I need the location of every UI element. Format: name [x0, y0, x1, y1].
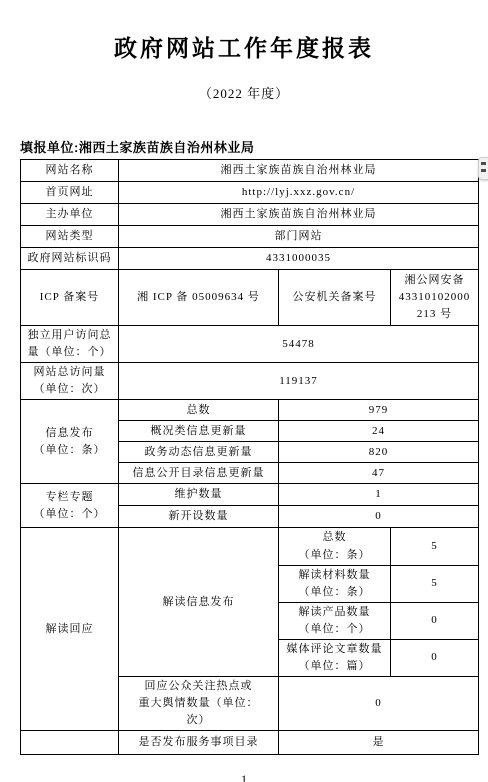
- special-columns-row-label-cell: 新开设数量: [119, 506, 279, 528]
- interpretation-row-value-cell: 5: [391, 565, 479, 602]
- floating-panel-toggle-button[interactable]: [478, 157, 488, 180]
- table-row: 解读回应 解读信息发布 总数 （单位：条） 5: [21, 528, 479, 565]
- service-directory-label-cell: 是否发布服务事项目录: [119, 731, 279, 755]
- table-row: 网站类型 部门网站: [21, 226, 479, 248]
- special-columns-group-cell: 专栏专题 （单位：个）: [21, 484, 119, 528]
- interpretation-row-label-cell: 解读产品数量 （单位：个）: [279, 602, 391, 639]
- empty-cell: [21, 731, 119, 755]
- table-row: 独立用户访问总 量（单位：个） 54478: [21, 326, 479, 363]
- interpretation-row-label-cell: 解读材料数量 （单位：条）: [279, 565, 391, 602]
- info-release-row-value-cell: 979: [279, 400, 479, 421]
- police-filing-label-cell: 公安机关备案号: [279, 270, 391, 326]
- site-type-value-cell: 部门网站: [119, 226, 479, 248]
- site-type-label-cell: 网站类型: [21, 226, 119, 248]
- unique-visitors-label-cell: 独立用户访问总 量（单位：个）: [21, 326, 119, 363]
- special-columns-row-value-cell: 0: [279, 506, 479, 528]
- interpretation-row-value-cell: 0: [391, 602, 479, 639]
- page-number: 1: [0, 772, 488, 782]
- dash-icon: [481, 162, 486, 165]
- site-name-value-cell: 湘西土家族苗族自治州林业局: [119, 160, 479, 182]
- table-row: 首页网址 http://lyj.xxz.gov.cn/: [21, 182, 479, 204]
- sponsor-label-cell: 主办单位: [21, 204, 119, 226]
- total-visits-label-cell: 网站总访问量 （单位：次）: [21, 363, 119, 400]
- interpretation-row-value-cell: 0: [391, 639, 479, 676]
- table-row: ICP 备案号 湘 ICP 备 05009634 号 公安机关备案号 湘公网安备…: [21, 270, 479, 326]
- table-row: 主办单位 湘西土家族苗族自治州林业局: [21, 204, 479, 226]
- interpretation-row-label-cell: 总数 （单位：条）: [279, 528, 391, 565]
- table-row: 是否发布服务事项目录 是: [21, 731, 479, 755]
- service-directory-value-cell: 是: [279, 731, 479, 755]
- interpretation-row-value-cell: 5: [391, 528, 479, 565]
- interpretation-group-cell: 解读回应: [21, 528, 119, 731]
- interpretation-release-cell: 解读信息发布: [119, 528, 279, 676]
- hotspot-value-cell: 0: [279, 676, 479, 730]
- report-unit: 填报单位:湘西土家族苗族自治州林业局: [20, 137, 488, 156]
- page-title: 政府网站工作年度报表: [0, 37, 488, 60]
- site-code-label-cell: 政府网站标识码: [21, 248, 119, 270]
- police-filing-value-cell: 湘公网安备 43310102000 213 号: [391, 270, 479, 326]
- page-subtitle: （2022 年度）: [0, 87, 488, 101]
- total-visits-value-cell: 119137: [119, 363, 479, 400]
- site-name-label-cell: 网站名称: [21, 160, 119, 182]
- table-row: 专栏专题 （单位：个） 维护数量 1: [21, 484, 479, 506]
- info-release-row-label-cell: 概况类信息更新量: [119, 421, 279, 442]
- info-release-row-label-cell: 总数: [119, 400, 279, 421]
- info-release-group-cell: 信息发布 （单位：条）: [21, 400, 119, 484]
- info-release-row-value-cell: 24: [279, 421, 479, 442]
- table-row: 政府网站标识码 4331000035: [21, 248, 479, 270]
- table-row: 信息发布 （单位：条） 总数 979: [21, 400, 479, 421]
- report-table: 网站名称 湘西土家族苗族自治州林业局 首页网址 http://lyj.xxz.g…: [20, 159, 479, 755]
- info-release-row-label-cell: 政务动态信息更新量: [119, 442, 279, 463]
- table-row: 网站总访问量 （单位：次） 119137: [21, 363, 479, 400]
- interpretation-row-label-cell: 媒体评论文章数量 （单位：篇）: [279, 639, 391, 676]
- site-code-value-cell: 4331000035: [119, 248, 479, 270]
- home-url-label-cell: 首页网址: [21, 182, 119, 204]
- special-columns-row-label-cell: 维护数量: [119, 484, 279, 506]
- icp-value-cell: 湘 ICP 备 05009634 号: [119, 270, 279, 326]
- special-columns-row-value-cell: 1: [279, 484, 479, 506]
- info-release-row-value-cell: 820: [279, 442, 479, 463]
- icp-label-cell: ICP 备案号: [21, 270, 119, 326]
- dash-icon: [481, 169, 486, 172]
- sponsor-value-cell: 湘西土家族苗族自治州林业局: [119, 204, 479, 226]
- unique-visitors-value-cell: 54478: [119, 326, 479, 363]
- home-url-value-cell: http://lyj.xxz.gov.cn/: [119, 182, 479, 204]
- hotspot-label-cell: 回应公众关注热点或 重大舆情数量（单位： 次）: [119, 676, 279, 730]
- info-release-row-label-cell: 信息公开目录信息更新量: [119, 463, 279, 484]
- table-row: 网站名称 湘西土家族苗族自治州林业局: [21, 160, 479, 182]
- info-release-row-value-cell: 47: [279, 463, 479, 484]
